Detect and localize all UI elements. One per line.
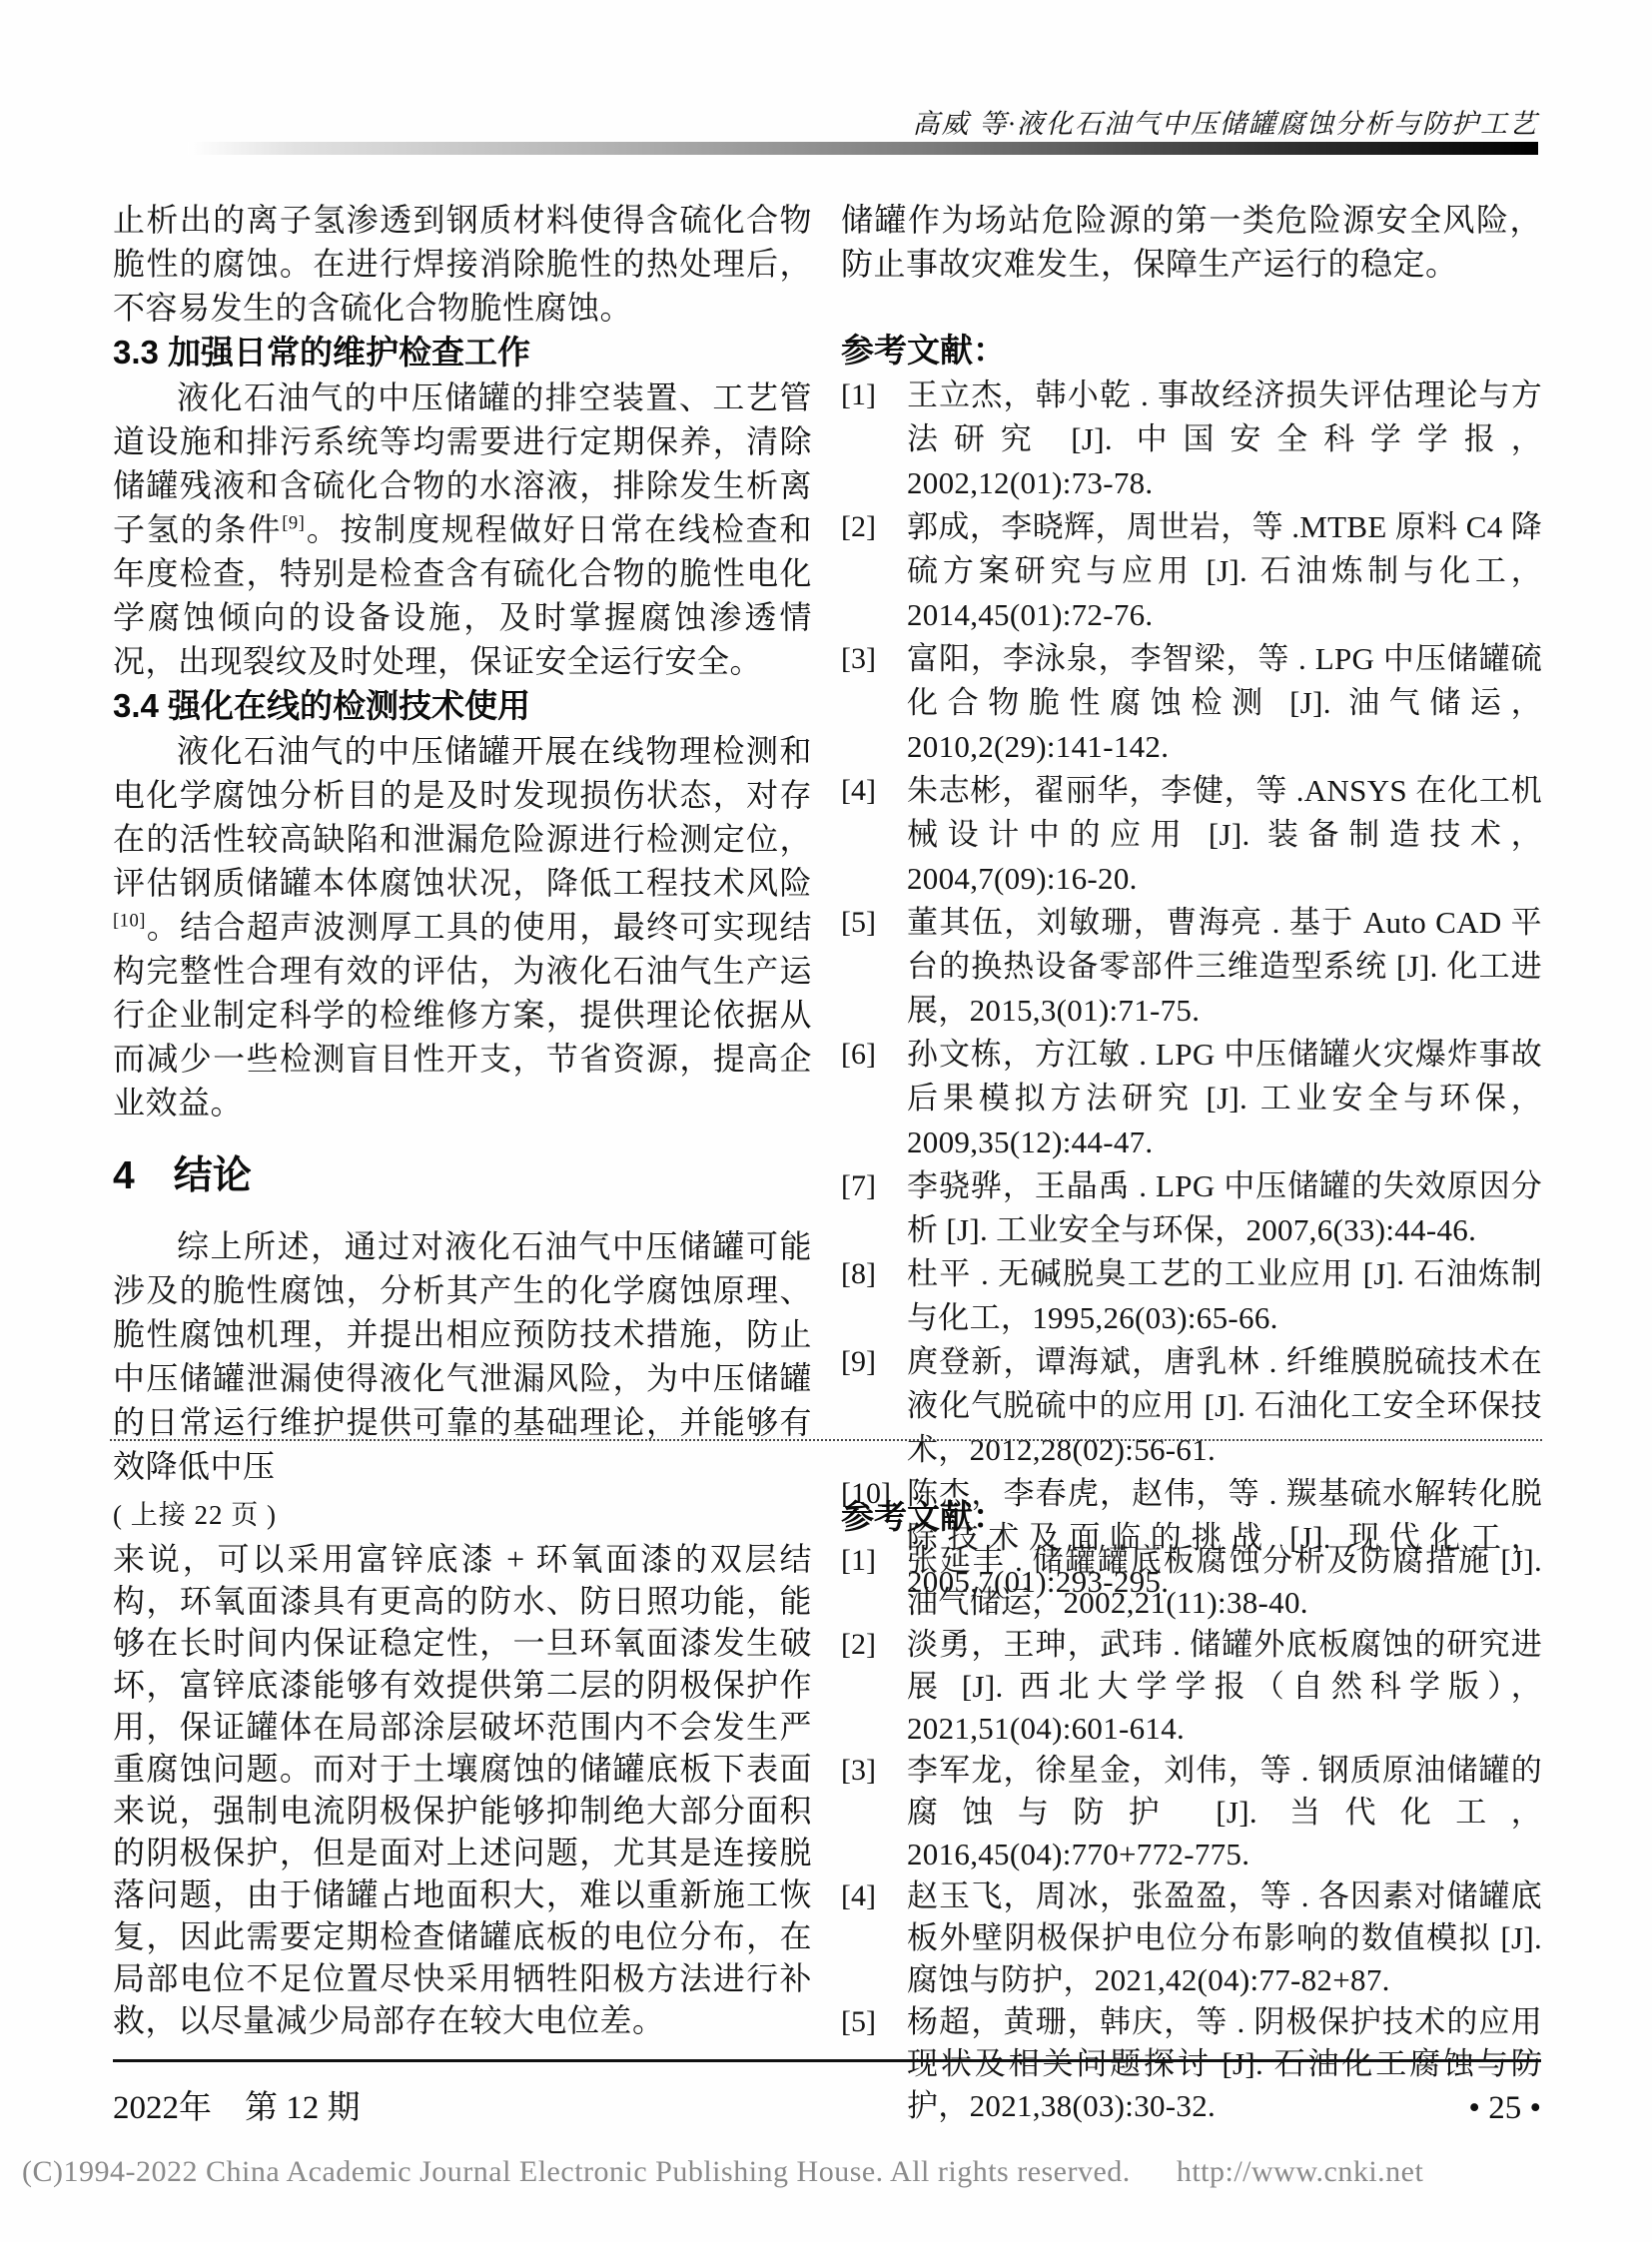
- reference-item: [1]张延丰 . 储罐罐底板腐蚀分析及防腐措施 [J]. 油气储运，2002,2…: [841, 1540, 1542, 1624]
- reference-text: 董其伍，刘敏珊，曹海亮 . 基于 Auto CAD 平台的换热设备零部件三维造型…: [907, 901, 1542, 1033]
- reference-number: [1]: [841, 1540, 907, 1582]
- reference-item: [4]朱志彬，翟丽华，李健，等 .ANSYS 在化工机械设计中的应用 [J]. …: [841, 769, 1542, 901]
- reference-list: [1]张延丰 . 储罐罐底板腐蚀分析及防腐措施 [J]. 油气储运，2002,2…: [841, 1540, 1542, 2127]
- paragraph: 综上所述，通过对液化石油气中压储罐可能涉及的脆性腐蚀，分析其产生的化学腐蚀原理、…: [113, 1224, 812, 1488]
- reference-number: [2]: [841, 505, 907, 549]
- section-heading: 3.4 强化在线的检测技术使用: [113, 683, 812, 729]
- citation-superscript: [10]: [113, 910, 146, 931]
- paragraph: 液化石油气的中压储罐开展在线物理检测和电化学腐蚀分析目的是及时发现损伤状态，对存…: [113, 729, 812, 1124]
- reference-text: 朱志彬，翟丽华，李健，等 .ANSYS 在化工机械设计中的应用 [J]. 装备制…: [907, 769, 1542, 901]
- reference-text: 庹登新，谭海斌，唐乳林 . 纤维膜脱硫技术在液化气脱硫中的应用 [J]. 石油化…: [907, 1340, 1542, 1472]
- paragraph: 止析出的离子氢渗透到钢质材料使得含硫化合物脆性的腐蚀。在进行焊接消除脆性的热处理…: [113, 198, 812, 330]
- paragraph: 储罐作为场站危险源的第一类危险源安全风险，防止事故灾难发生，保障生产运行的稳定。: [841, 198, 1542, 286]
- reference-item: [1]王立杰，韩小乾 . 事故经济损失评估理论与方法研究 [J]. 中国安全科学…: [841, 374, 1542, 505]
- references-heading: 参考文献：: [841, 1494, 1542, 1540]
- reference-item: [5]董其伍，刘敏珊，曹海亮 . 基于 Auto CAD 平台的换热设备零部件三…: [841, 901, 1542, 1033]
- bottom-left-column: ( 上接 22 页 ) 来说，可以采用富锌底漆 + 环氧面漆的双层结构，环氧面漆…: [113, 1494, 812, 2041]
- copyright-text: (C)1994-2022 China Academic Journal Elec…: [22, 2155, 1131, 2188]
- reference-number: [4]: [841, 1875, 907, 1917]
- reference-number: [4]: [841, 769, 907, 813]
- reference-item: [8]杜平 . 无碱脱臭工艺的工业应用 [J]. 石油炼制与化工，1995,26…: [841, 1252, 1542, 1340]
- reference-number: [6]: [841, 1033, 907, 1077]
- bottom-right-column: 参考文献： [1]张延丰 . 储罐罐底板腐蚀分析及防腐措施 [J]. 油气储运，…: [841, 1494, 1542, 2127]
- reference-text: 李骁骅，王晶禹 . LPG 中压储罐的失效原因分析 [J]. 工业安全与环保，2…: [907, 1164, 1542, 1252]
- top-right-column: 储罐作为场站危险源的第一类危险源安全风险，防止事故灾难发生，保障生产运行的稳定。…: [841, 198, 1542, 1604]
- footer: 2022年 第 12 期 • 25 •: [113, 2081, 1541, 2128]
- reference-number: [3]: [841, 637, 907, 681]
- reference-item: [6]孙文栋，方江敏 . LPG 中压储罐火灾爆炸事故后果模拟方法研究 [J].…: [841, 1033, 1542, 1164]
- reference-number: [5]: [841, 901, 907, 945]
- reference-item: [7]李骁骅，王晶禹 . LPG 中压储罐的失效原因分析 [J]. 工业安全与环…: [841, 1164, 1542, 1252]
- continued-from-note: ( 上接 22 页 ): [113, 1494, 812, 1536]
- page-number: • 25 •: [1468, 2090, 1541, 2127]
- reference-text: 李军龙，徐星金，刘伟，等 . 钢质原油储罐的腐蚀与防护 [J]. 当代化工，20…: [907, 1750, 1542, 1875]
- top-left-column: 止析出的离子氢渗透到钢质材料使得含硫化合物脆性的腐蚀。在进行焊接消除脆性的热处理…: [113, 198, 812, 1488]
- reference-item: [9]庹登新，谭海斌，唐乳林 . 纤维膜脱硫技术在液化气脱硫中的应用 [J]. …: [841, 1340, 1542, 1472]
- copyright-notice: (C)1994-2022 China Academic Journal Elec…: [22, 2155, 1620, 2189]
- reference-text: 王立杰，韩小乾 . 事故经济损失评估理论与方法研究 [J]. 中国安全科学学报，…: [907, 374, 1542, 505]
- reference-text: 孙文栋，方江敏 . LPG 中压储罐火灾爆炸事故后果模拟方法研究 [J]. 工业…: [907, 1033, 1542, 1164]
- reference-list: [1]王立杰，韩小乾 . 事故经济损失评估理论与方法研究 [J]. 中国安全科学…: [841, 374, 1542, 1604]
- reference-text: 淡勇，王珅，武玮 . 储罐外底板腐蚀的研究进展 [J]. 西北大学学报（自然科学…: [907, 1624, 1542, 1750]
- reference-text: 郭成，李晓辉，周世岩，等 .MTBE 原料 C4 降硫方案研究与应用 [J]. …: [907, 505, 1542, 637]
- header-gradient-bar: [188, 142, 1538, 155]
- reference-number: [5]: [841, 2001, 907, 2043]
- reference-text: 张延丰 . 储罐罐底板腐蚀分析及防腐措施 [J]. 油气储运，2002,21(1…: [907, 1540, 1542, 1624]
- journal-page: 高威 等·液化石油气中压储罐腐蚀分析与防护工艺 止析出的离子氢渗透到钢质材料使得…: [0, 0, 1652, 2242]
- reference-text: 杜平 . 无碱脱臭工艺的工业应用 [J]. 石油炼制与化工，1995,26(03…: [907, 1252, 1542, 1340]
- conclusion-heading: 4 结论: [113, 1154, 812, 1198]
- reference-item: [3]李军龙，徐星金，刘伟，等 . 钢质原油储罐的腐蚀与防护 [J]. 当代化工…: [841, 1750, 1542, 1875]
- reference-item: [4]赵玉飞，周冰，张盈盈，等 . 各因素对储罐底板外壁阴极保护电位分布影响的数…: [841, 1875, 1542, 2001]
- reference-text: 赵玉飞，周冰，张盈盈，等 . 各因素对储罐底板外壁阴极保护电位分布影响的数值模拟…: [907, 1875, 1542, 2001]
- reference-number: [3]: [841, 1750, 907, 1792]
- paragraph: 来说，可以采用富锌底漆 + 环氧面漆的双层结构，环氧面漆具有更高的防水、防日照功…: [113, 1538, 812, 2041]
- year-issue: 2022年 第 12 期: [113, 2081, 361, 2128]
- section-heading: 3.3 加强日常的维护检查工作: [113, 330, 812, 375]
- dotted-section-divider: [110, 1439, 1542, 1441]
- running-title: 高威 等·液化石油气中压储罐腐蚀分析与防护工艺: [913, 102, 1539, 141]
- reference-item: [2]郭成，李晓辉，周世岩，等 .MTBE 原料 C4 降硫方案研究与应用 [J…: [841, 505, 1542, 637]
- paragraph: 液化石油气的中压储罐的排空装置、工艺管道设施和排污系统等均需要进行定期保养，清除…: [113, 375, 812, 683]
- references-heading: 参考文献：: [841, 328, 1542, 374]
- citation-superscript: [9]: [282, 512, 305, 533]
- reference-text: 富阳，李泳泉，李智梁，等 . LPG 中压储罐硫化合物脆性腐蚀检测 [J]. 油…: [907, 637, 1542, 769]
- reference-item: [3]富阳，李泳泉，李智梁，等 . LPG 中压储罐硫化合物脆性腐蚀检测 [J]…: [841, 637, 1542, 769]
- reference-number: [1]: [841, 374, 907, 417]
- footer-rule: [113, 2059, 1541, 2062]
- reference-number: [2]: [841, 1624, 907, 1666]
- reference-item: [2]淡勇，王珅，武玮 . 储罐外底板腐蚀的研究进展 [J]. 西北大学学报（自…: [841, 1624, 1542, 1750]
- cnki-url: http://www.cnki.net: [1177, 2155, 1424, 2188]
- reference-number: [7]: [841, 1164, 907, 1208]
- reference-number: [9]: [841, 1340, 907, 1384]
- reference-number: [8]: [841, 1252, 907, 1296]
